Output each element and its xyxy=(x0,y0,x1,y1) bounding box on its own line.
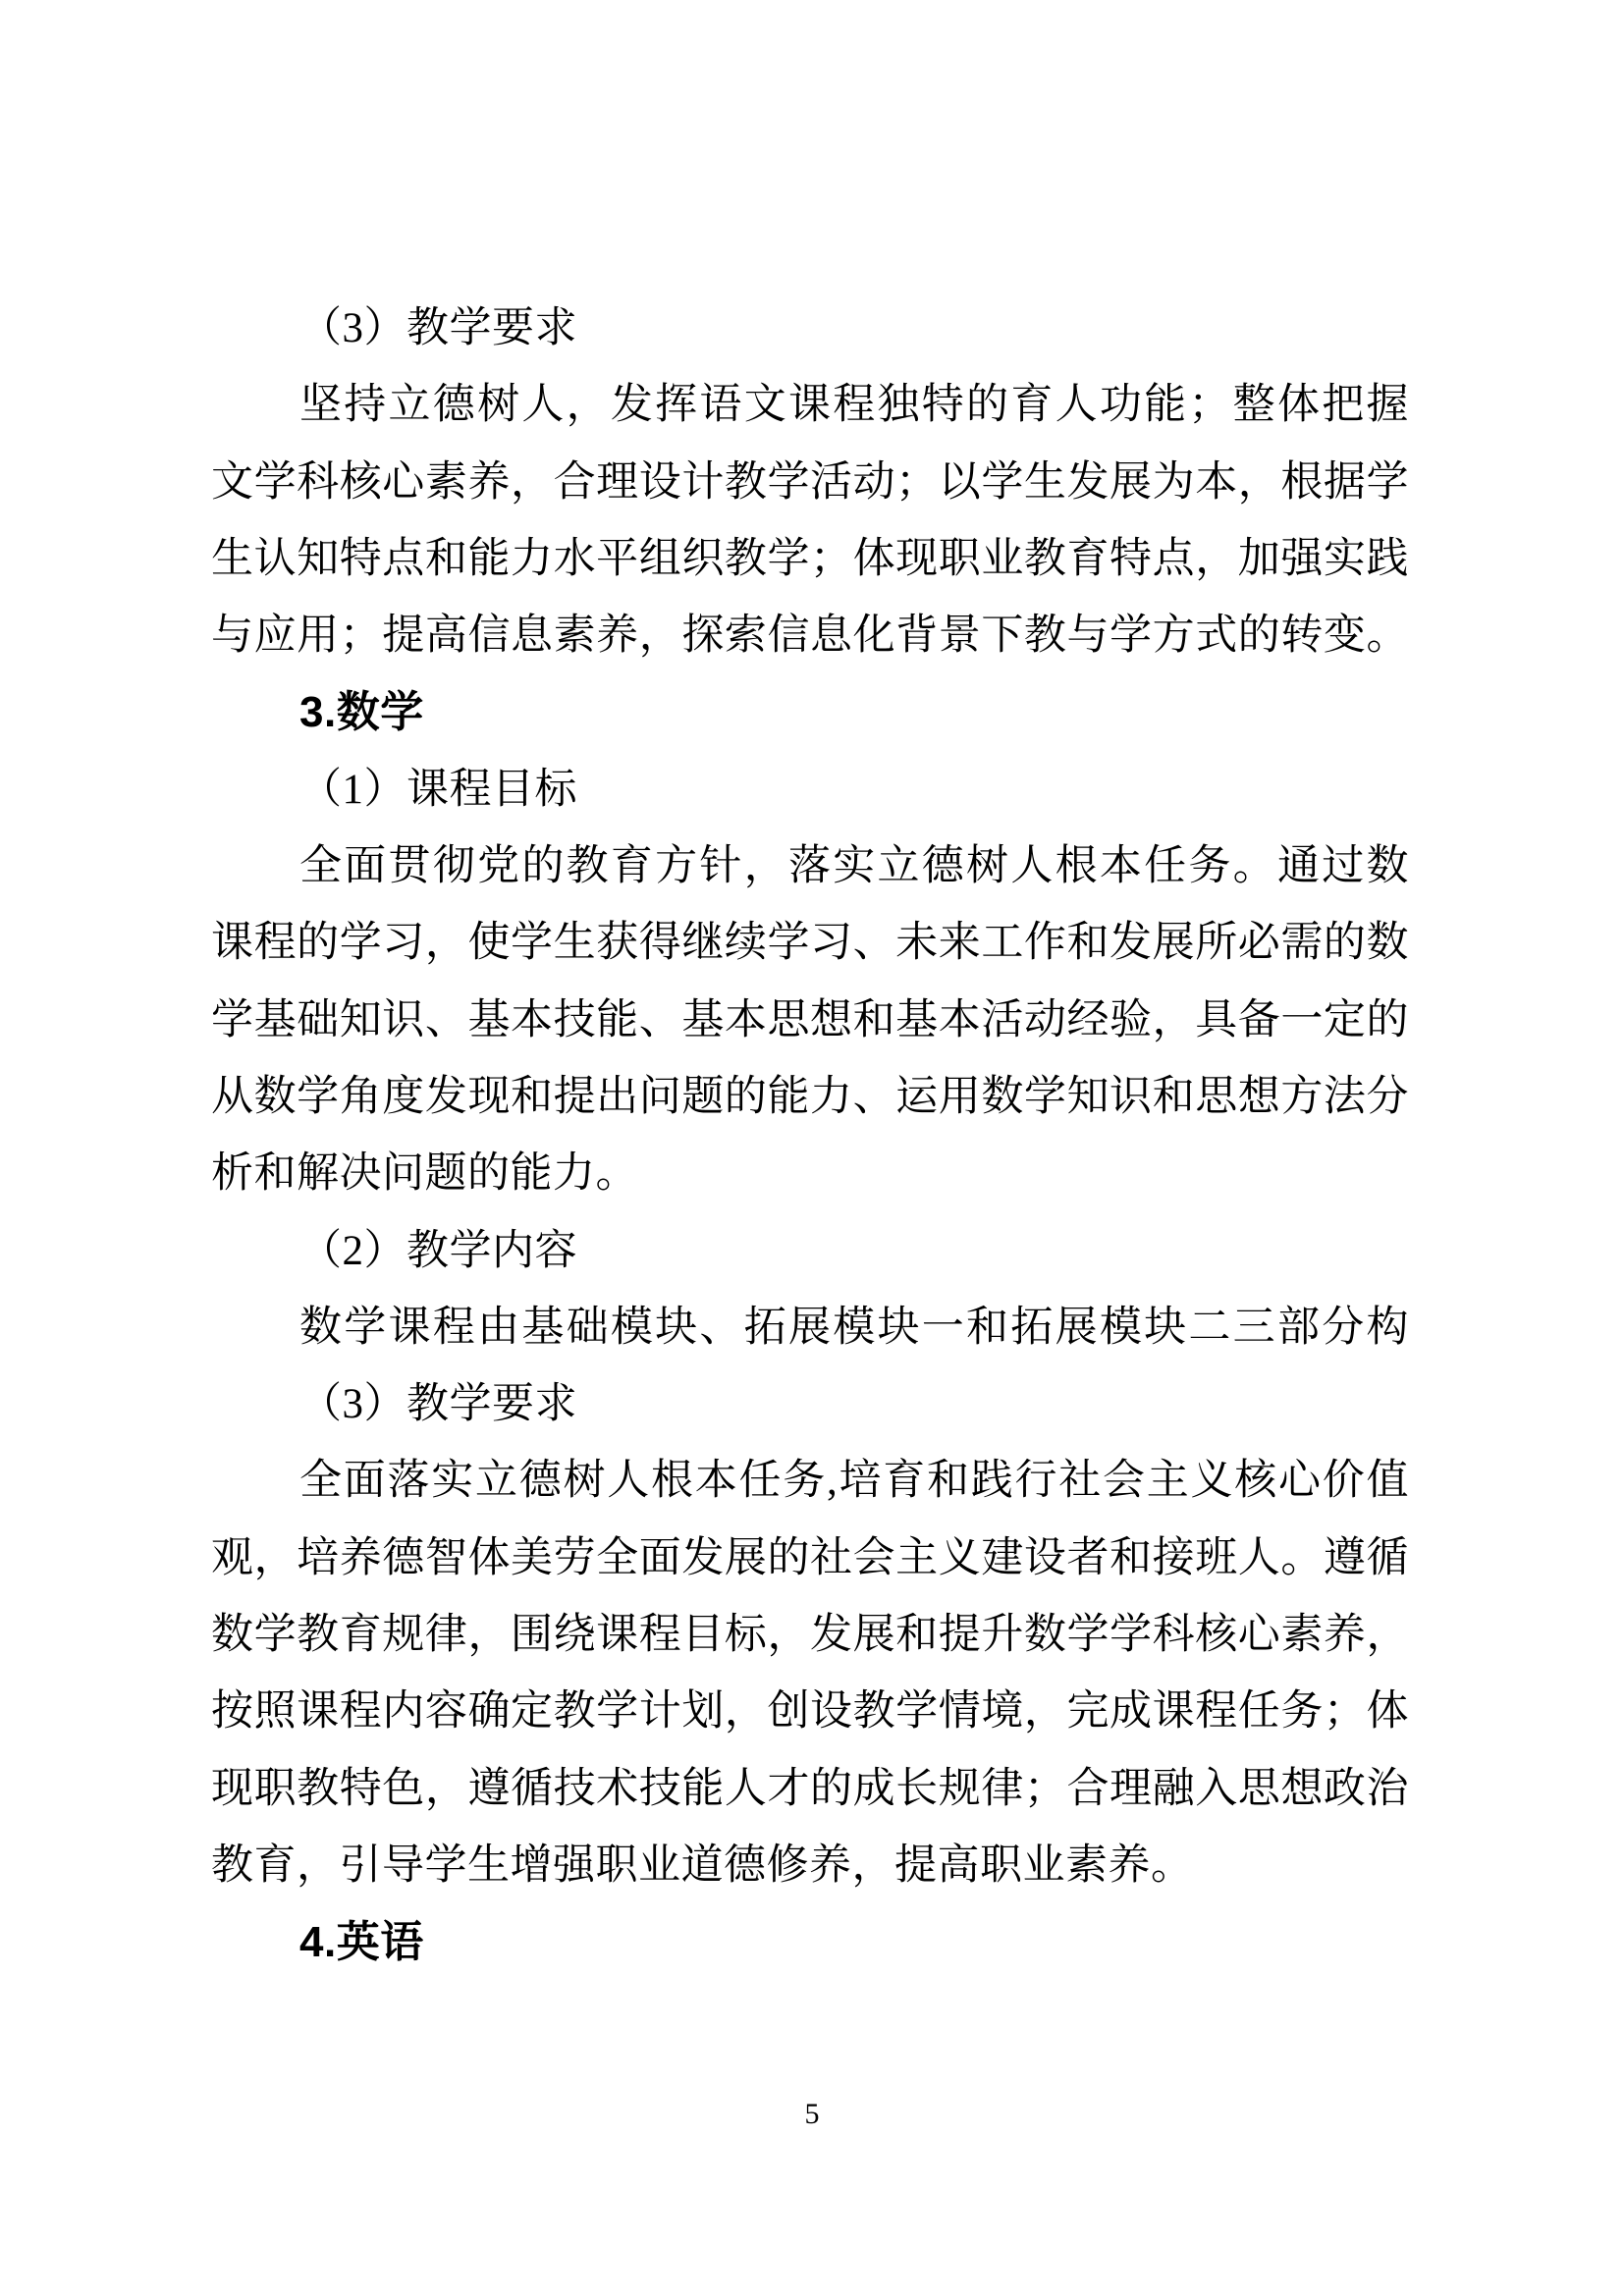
body-line: 观，培养德智体美劳全面发展的社会主义建设者和接班人。遵循 xyxy=(211,1521,1409,1597)
heading-4-english: 4.英语 xyxy=(211,1904,1409,1981)
subheading-2-teaching-content: （2）教学内容 xyxy=(211,1213,1409,1290)
body-line: 全面落实立德树人根本任务,培育和践行社会主义核心价值 xyxy=(211,1443,1409,1520)
body-line: 析和解决问题的能力。 xyxy=(211,1136,1409,1212)
body-line: 文学科核心素养，合理设计教学活动；以学生发展为本，根据学 xyxy=(211,445,1409,521)
body-line: 数学课程由基础模块、拓展模块一和拓展模块二三部分构成。 xyxy=(211,1290,1409,1366)
subheading-1-course-objectives: （1）课程目标 xyxy=(211,752,1409,828)
body-line: 从数学角度发现和提出问题的能力、运用数学知识和思想方法分 xyxy=(211,1059,1409,1136)
body-line: 生认知特点和能力水平组织教学；体现职业教育特点，加强实践 xyxy=(211,521,1409,598)
body-line: 坚持立德树人，发挥语文课程独特的育人功能；整体把握语 xyxy=(211,367,1409,444)
body-line: 数学教育规律，围绕课程目标，发展和提升数学学科核心素养， xyxy=(211,1597,1409,1674)
body-line: 全面贯彻党的教育方针，落实立德树人根本任务。通过数学 xyxy=(211,828,1409,905)
page-number: 5 xyxy=(0,2097,1624,2132)
body-line: 现职教特色，遵循技术技能人才的成长规律；合理融入思想政治 xyxy=(211,1751,1409,1828)
subheading-3-teaching-requirements-math: （3）教学要求 xyxy=(211,1366,1409,1443)
document-page: （3）教学要求 坚持立德树人，发挥语文课程独特的育人功能；整体把握语 文学科核心… xyxy=(0,0,1624,2296)
body-line: 学基础知识、基本技能、基本思想和基本活动经验，具备一定的 xyxy=(211,983,1409,1059)
body-line: 课程的学习，使学生获得继续学习、未来工作和发展所必需的数 xyxy=(211,905,1409,982)
body-line: 按照课程内容确定教学计划，创设教学情境，完成课程任务；体 xyxy=(211,1674,1409,1750)
subheading-3-teaching-requirements: （3）教学要求 xyxy=(211,291,1409,367)
body-line: 教育，引导学生增强职业道德修养，提高职业素养。 xyxy=(211,1828,1409,1904)
body-line: 与应用；提高信息素养，探索信息化背景下教与学方式的转变。 xyxy=(211,598,1409,674)
text-block: （3）教学要求 坚持立德树人，发挥语文课程独特的育人功能；整体把握语 文学科核心… xyxy=(211,291,1409,1982)
heading-3-math: 3.数学 xyxy=(211,674,1409,751)
